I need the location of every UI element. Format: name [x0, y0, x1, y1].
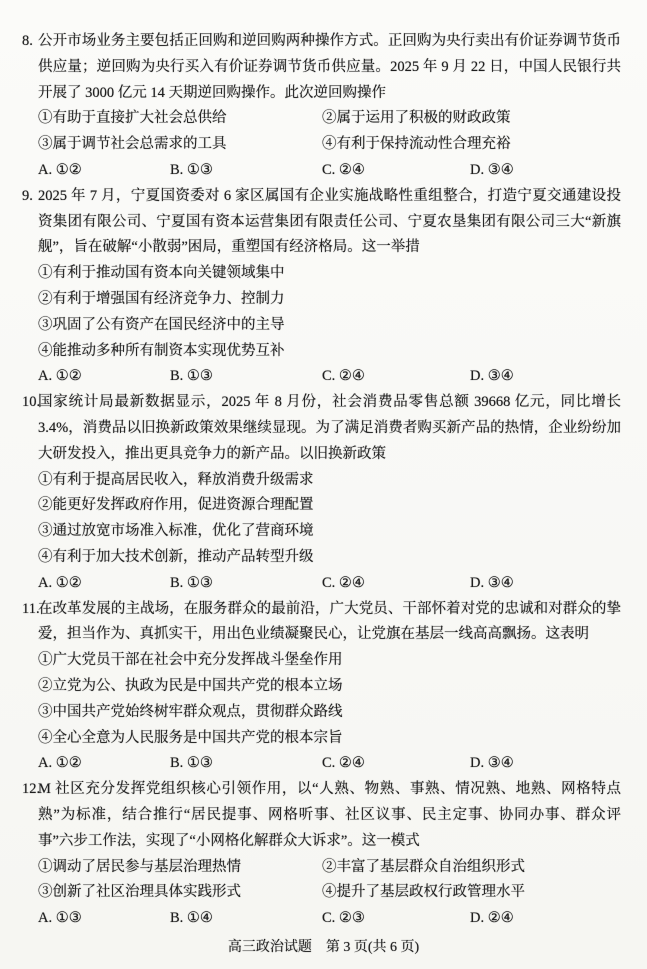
question-9: 9. 2025 年 7 月，宁夏国资委对 6 家区属国有企业实施战略性重组整合，… — [0, 184, 647, 390]
question-number: 9. — [22, 184, 33, 210]
option-3: ③创新了社区治理具体实践形式 — [38, 880, 322, 906]
option-4: ④全心全意为人民服务是中国共产党的根本宗旨 — [38, 726, 621, 752]
choice-a: A. ①② — [38, 751, 170, 777]
option-4: ④有利于加大技术创新，推动产品转型升级 — [38, 545, 621, 571]
choice-c: C. ②④ — [322, 751, 470, 777]
option-1: ①广大党员干部在社会中充分发挥战斗堡垒作用 — [38, 648, 621, 674]
choice-c: C. ②④ — [322, 571, 470, 597]
choice-d: D. ③④ — [470, 751, 514, 777]
option-2: ②丰富了基层群众自治组织形式 — [322, 855, 621, 881]
option-2: ②有利于增强国有经济竞争力、控制力 — [38, 287, 621, 313]
option-4: ④有利于保持流动性合理充裕 — [322, 132, 621, 158]
choice-a: A. ①② — [38, 571, 170, 597]
option-1: ①调动了居民参与基层治理热情 — [38, 855, 322, 881]
choice-b: B. ①④ — [170, 906, 322, 932]
choice-c: C. ②④ — [322, 364, 470, 390]
exam-page: 8. 公开市场业务主要包括正回购和逆回购两种操作方式。正回购为央行卖出有价证券调… — [0, 0, 647, 960]
choice-row: A. ①② B. ①③ C. ②④ D. ③④ — [38, 158, 621, 184]
question-12: 12. M 社区充分发挥党组织核心引领作用，以“人熟、物熟、事熟、情况熟、地熟、… — [0, 777, 647, 932]
question-stem: 国家统计局最新数据显示，2025 年 8 月份，社会消费品零售总额 39668 … — [38, 390, 621, 467]
question-number: 12. — [22, 777, 40, 803]
option-2: ②立党为公、执政为民是中国共产党的根本立场 — [38, 674, 621, 700]
choice-b: B. ①③ — [170, 364, 322, 390]
option-list: ①调动了居民参与基层治理热情 ②丰富了基层群众自治组织形式 ③创新了社区治理具体… — [38, 855, 621, 907]
option-3: ③属于调节社会总需求的工具 — [38, 132, 322, 158]
page-footer: 高三政治试题 第 3 页(共 6 页) — [0, 935, 647, 960]
question-stem: 公开市场业务主要包括正回购和逆回购两种操作方式。正回购为央行卖出有价证券调节货币… — [38, 29, 621, 106]
choice-a: A. ①③ — [38, 906, 170, 932]
choice-row: A. ①② B. ①③ C. ②④ D. ③④ — [38, 364, 621, 390]
question-stem: 2025 年 7 月，宁夏国资委对 6 家区属国有企业实施战略性重组整合，打造宁… — [38, 184, 621, 261]
choice-a: A. ①② — [38, 158, 170, 184]
choice-b: B. ①③ — [170, 571, 322, 597]
question-8: 8. 公开市场业务主要包括正回购和逆回购两种操作方式。正回购为央行卖出有价证券调… — [0, 29, 647, 184]
choice-c: C. ②③ — [322, 906, 470, 932]
option-list: ①有助于直接扩大社会总供给 ②属于运用了积极的财政政策 ③属于调节社会总需求的工… — [38, 106, 621, 158]
choice-b: B. ①③ — [170, 751, 322, 777]
option-1: ①有助于直接扩大社会总供给 — [38, 106, 322, 132]
question-11: 11. 在改革发展的主战场，在服务群众的最前沿，广大党员、干部怀着对党的忠诚和对… — [0, 597, 647, 778]
choice-b: B. ①③ — [170, 158, 322, 184]
option-1: ①有利于推动国有资本向关键领域集中 — [38, 261, 621, 287]
option-2: ②属于运用了积极的财政政策 — [322, 106, 621, 132]
option-1: ①有利于提高居民收入，释放消费升级需求 — [38, 468, 621, 494]
choice-d: D. ②④ — [470, 906, 514, 932]
question-number: 10. — [22, 390, 40, 416]
option-4: ④能推动多种所有制资本实现优势互补 — [38, 339, 621, 365]
choice-d: D. ③④ — [470, 364, 514, 390]
question-stem: 在改革发展的主战场，在服务群众的最前沿，广大党员、干部怀着对党的忠诚和对群众的挚… — [38, 597, 621, 649]
choice-a: A. ①② — [38, 364, 170, 390]
question-10: 10. 国家统计局最新数据显示，2025 年 8 月份，社会消费品零售总额 39… — [0, 390, 647, 596]
option-3: ③巩固了公有资产在国民经济中的主导 — [38, 313, 621, 339]
question-number: 8. — [22, 29, 33, 55]
option-3: ③通过放宽市场准入标准，优化了营商环境 — [38, 519, 621, 545]
option-3: ③中国共产党始终树牢群众观点，贯彻群众路线 — [38, 700, 621, 726]
choice-c: C. ②④ — [322, 158, 470, 184]
choice-d: D. ③④ — [470, 158, 514, 184]
option-list: ①广大党员干部在社会中充分发挥战斗堡垒作用 ②立党为公、执政为民是中国共产党的根… — [38, 648, 621, 751]
choice-row: A. ①② B. ①③ C. ②④ D. ③④ — [38, 571, 621, 597]
option-2: ②能更好发挥政府作用，促进资源合理配置 — [38, 493, 621, 519]
choice-row: A. ①② B. ①③ C. ②④ D. ③④ — [38, 751, 621, 777]
choice-d: D. ③④ — [470, 571, 514, 597]
option-list: ①有利于推动国有资本向关键领域集中 ②有利于增强国有经济竞争力、控制力 ③巩固了… — [38, 261, 621, 364]
choice-row: A. ①③ B. ①④ C. ②③ D. ②④ — [38, 906, 621, 932]
option-list: ①有利于提高居民收入，释放消费升级需求 ②能更好发挥政府作用，促进资源合理配置 … — [38, 468, 621, 571]
question-number: 11. — [22, 597, 40, 623]
option-4: ④提升了基层政权行政管理水平 — [322, 880, 621, 906]
question-stem: M 社区充分发挥党组织核心引领作用，以“人熟、物熟、事熟、情况熟、地熟、网格特点… — [38, 777, 621, 854]
